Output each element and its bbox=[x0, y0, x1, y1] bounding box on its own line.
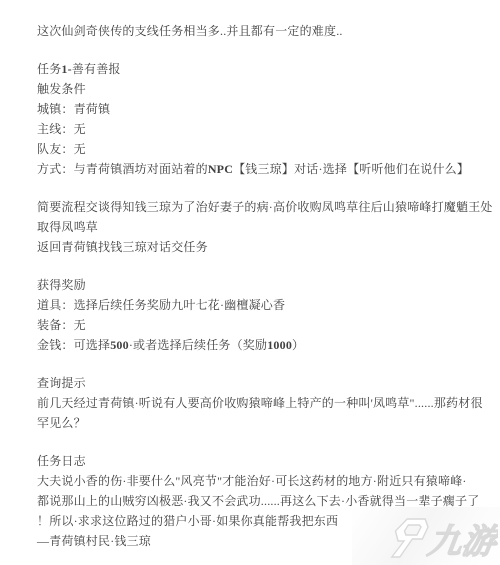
text-segment: 金钱：可选择 bbox=[37, 338, 110, 352]
text-segment: 获得奖励 bbox=[37, 278, 86, 292]
text-segment: 方式：与青荷镇酒坊对面站着的 bbox=[37, 162, 208, 176]
text-segment: 这次仙剑奇侠传的支线任务相当多..并且都有一定的难度.. bbox=[37, 24, 343, 38]
text-segment: 简要流程交谈得知钱三琼为了治好妻子的病·高价收购凤鸣草往后山猿啼峰打魔魈王处 bbox=[37, 200, 493, 214]
text-line: 任务1-善有善报 bbox=[37, 59, 480, 79]
text-segment: 主线：无 bbox=[37, 122, 86, 136]
text-segment: 大夫说小香的伤·非要什么"风亮节"才能治好·可长这药材的地方·附近只有猿啼峰· bbox=[37, 474, 467, 488]
text-line: 大夫说小香的伤·非要什么"风亮节"才能治好·可长这药材的地方·附近只有猿啼峰· bbox=[37, 471, 480, 491]
text-line: 返回青荷镇找钱三琼对话交任务 bbox=[37, 237, 480, 257]
text-segment: 善有善报 bbox=[72, 62, 121, 76]
bold-text-segment: NPC bbox=[208, 162, 233, 176]
text-line: 方式：与青荷镇酒坊对面站着的NPC【钱三琼】对话·选择【听听他们在说什么】 bbox=[37, 159, 480, 179]
text-segment: 城镇：青荷镇 bbox=[37, 102, 110, 116]
text-line: 这次仙剑奇侠传的支线任务相当多..并且都有一定的难度.. bbox=[37, 21, 480, 41]
paragraph-query-hint: 查询提示前几天经过青荷镇·听说有人要高价收购猿啼峰上特产的一种叫'凤鸣草"...… bbox=[37, 373, 480, 433]
text-segment: ！所以·求求这位路过的猎户小哥·如果你真能帮我把东西 bbox=[37, 514, 338, 528]
text-line: 道具：选择后续任务奖励九叶七花·幽檀凝心香 bbox=[37, 295, 480, 315]
text-line: 查询提示 bbox=[37, 373, 480, 393]
text-line: 前几天经过青荷镇·听说有人要高价收购猿啼峰上特产的一种叫'凤鸣草"......那… bbox=[37, 393, 480, 413]
text-segment: 道具：选择后续任务奖励九叶七花·幽檀凝心香 bbox=[37, 298, 285, 312]
text-segment: 查询提示 bbox=[37, 376, 86, 390]
bold-text-segment: 1000 bbox=[267, 338, 292, 352]
text-segment: 队友：无 bbox=[37, 142, 86, 156]
text-segment: 【钱三琼】对话·选择【听听他们在说什么】 bbox=[233, 162, 469, 176]
text-segment: —青荷镇村民·钱三琼 bbox=[37, 534, 151, 548]
text-segment: 返回青荷镇找钱三琼对话交任务 bbox=[37, 240, 208, 254]
text-segment: 任务 bbox=[37, 62, 61, 76]
text-line: 主线：无 bbox=[37, 119, 480, 139]
text-segment: ·或者选择后续任务（奖励 bbox=[129, 338, 267, 352]
text-line: 任务日志 bbox=[37, 451, 480, 471]
watermark-cover: 九游 bbox=[352, 507, 500, 565]
text-segment: 触发条件 bbox=[37, 82, 86, 96]
jiuyou-watermark-logo: 九游 bbox=[386, 513, 498, 561]
paragraph-walkthrough: 简要流程交谈得知钱三琼为了治好妻子的病·高价收购凤鸣草往后山猿啼峰打魔魈王处取得… bbox=[37, 197, 480, 257]
text-segment: ） bbox=[292, 338, 304, 352]
jiuyou-9-glyph bbox=[392, 519, 429, 557]
paragraph-quest-header-and-trigger: 任务1-善有善报触发条件城镇：青荷镇主线：无队友：无方式：与青荷镇酒坊对面站着的… bbox=[37, 59, 480, 179]
article-page: 这次仙剑奇侠传的支线任务相当多..并且都有一定的难度..任务1-善有善报触发条件… bbox=[0, 0, 500, 565]
text-segment: 前几天经过青荷镇·听说有人要高价收购猿啼峰上特产的一种叫'凤鸣草"......那… bbox=[37, 396, 483, 410]
text-segment: 都说那山上的山贼穷凶极恶·我又不会武功......再这么下去·小香就得当一辈子瘸… bbox=[37, 494, 479, 508]
bold-text-segment: 1- bbox=[61, 62, 71, 76]
text-line: 城镇：青荷镇 bbox=[37, 99, 480, 119]
text-line: 获得奖励 bbox=[37, 275, 480, 295]
text-line: 简要流程交谈得知钱三琼为了治好妻子的病·高价收购凤鸣草往后山猿啼峰打魔魈王处 bbox=[37, 197, 480, 217]
jiuyou-logo-text: 九游 bbox=[425, 523, 498, 561]
paragraph-intro: 这次仙剑奇侠传的支线任务相当多..并且都有一定的难度.. bbox=[37, 21, 480, 41]
text-line: 罕见么？ bbox=[37, 413, 480, 433]
bold-text-segment: 500 bbox=[110, 338, 129, 352]
text-line: 取得凤鸣草 bbox=[37, 217, 480, 237]
text-line: 触发条件 bbox=[37, 79, 480, 99]
text-line: 装备：无 bbox=[37, 315, 480, 335]
article-body: 这次仙剑奇侠传的支线任务相当多..并且都有一定的难度..任务1-善有善报触发条件… bbox=[37, 21, 480, 565]
text-line: 金钱：可选择500·或者选择后续任务（奖励1000） bbox=[37, 335, 480, 355]
paragraph-rewards: 获得奖励道具：选择后续任务奖励九叶七花·幽檀凝心香装备：无金钱：可选择500·或… bbox=[37, 275, 480, 355]
text-segment: 罕见么？ bbox=[37, 416, 86, 430]
text-line: 队友：无 bbox=[37, 139, 480, 159]
text-segment: 任务日志 bbox=[37, 454, 86, 468]
text-segment: 装备：无 bbox=[37, 318, 86, 332]
text-segment: 取得凤鸣草 bbox=[37, 220, 98, 234]
